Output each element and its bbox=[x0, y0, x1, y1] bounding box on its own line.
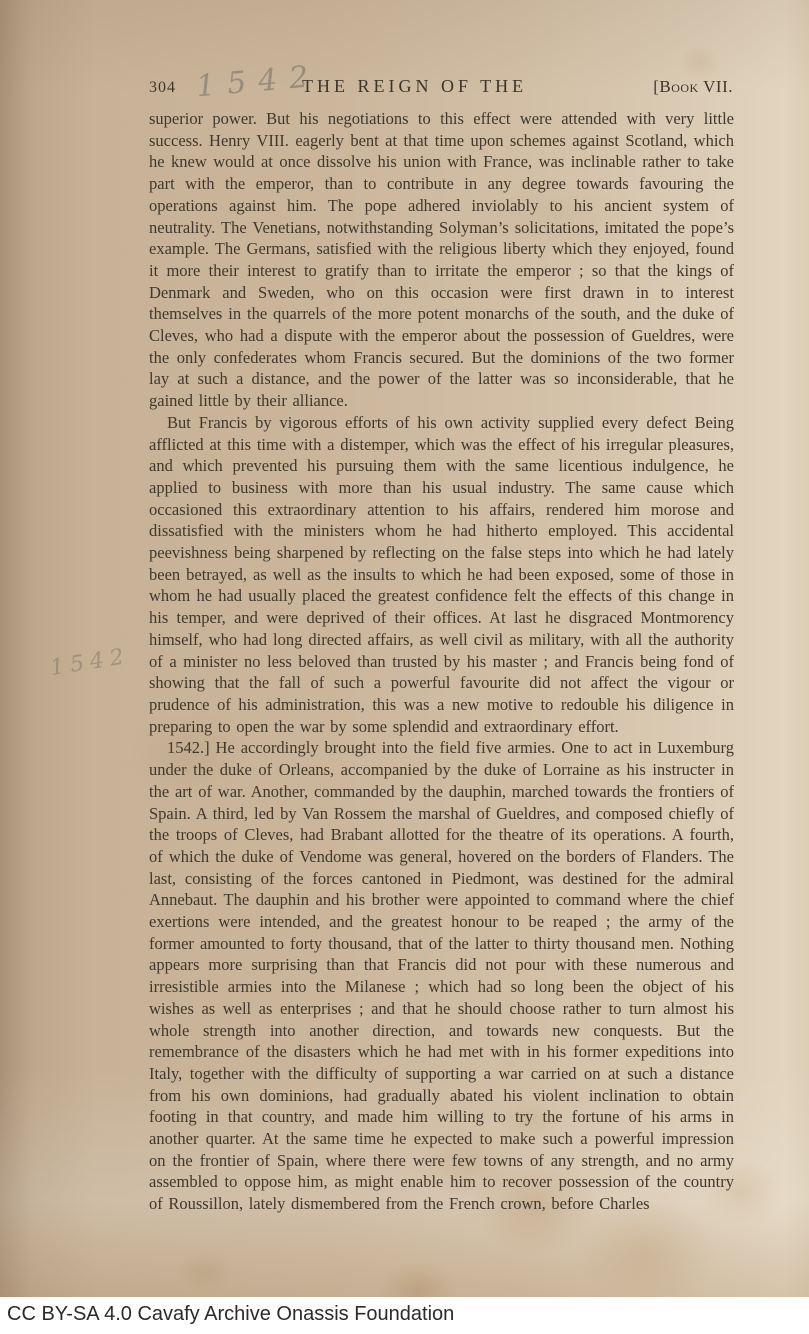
paragraph-2: But Francis by vigorous efforts of his o… bbox=[149, 412, 734, 738]
paragraph-3: 1542.] He accordingly brought into the f… bbox=[149, 737, 734, 1214]
page-header: 304 THE REIGN OF THE [Book VII. bbox=[149, 76, 733, 97]
running-title: THE REIGN OF THE bbox=[302, 76, 527, 97]
license-caption: CC BY-SA 4.0 Cavafy Archive Onassis Foun… bbox=[0, 1297, 809, 1334]
page-number: 304 bbox=[149, 79, 176, 97]
handwritten-date-margin: 1542 bbox=[49, 644, 132, 681]
body-text: superior power. But his negotiations to … bbox=[149, 108, 734, 1215]
book-label: [Book VII. bbox=[653, 77, 733, 97]
paragraph-1: superior power. But his negotiations to … bbox=[149, 108, 734, 412]
book-page-scan: 304 THE REIGN OF THE [Book VII. 1542 154… bbox=[0, 0, 809, 1334]
